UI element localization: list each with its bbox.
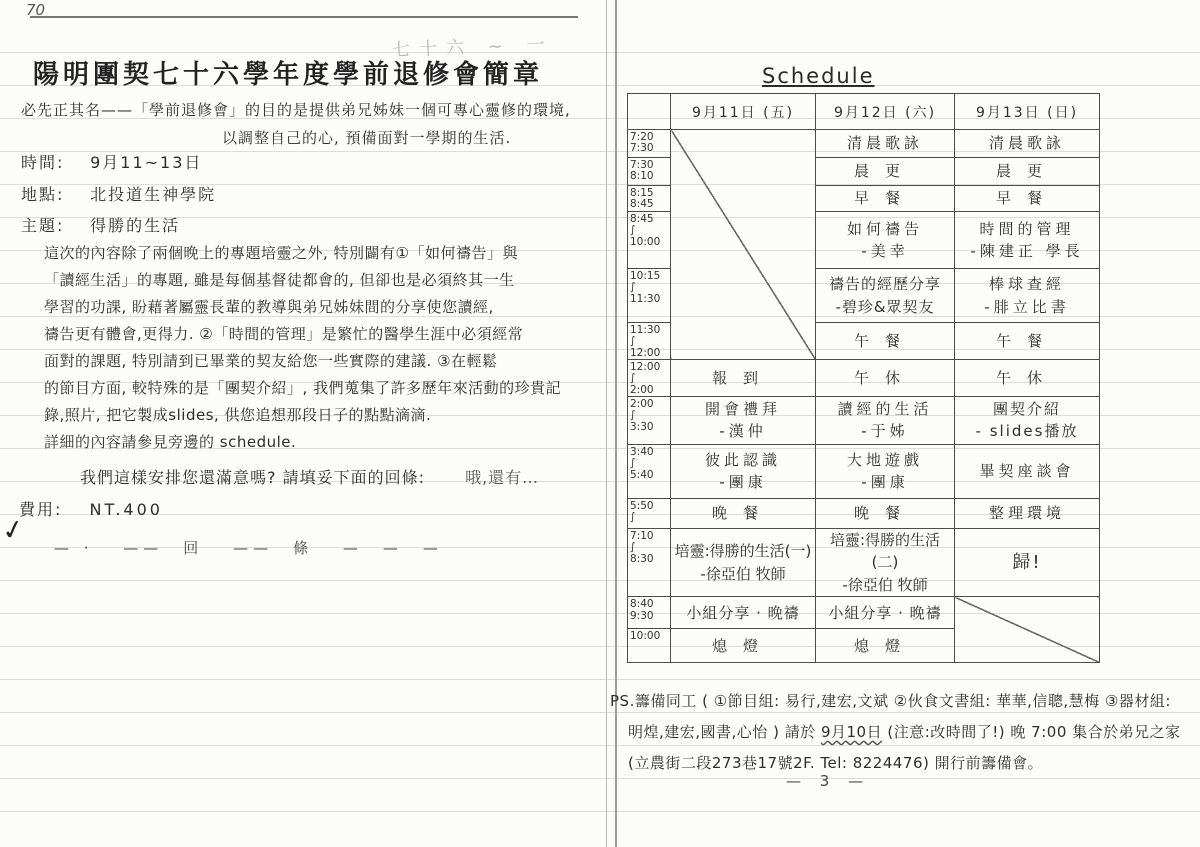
document-title: 陽明團契七十六學年度學前退修會簡章 xyxy=(33,54,543,91)
field-topic-label: 主題: xyxy=(21,213,83,236)
page-gutter-line xyxy=(606,0,607,847)
header-day2: 9月12日 (六) xyxy=(816,94,955,130)
field-topic: 主題: 得勝的生活 xyxy=(21,213,180,236)
time-cell: 8:40 9:30 xyxy=(628,597,671,629)
event-cell: 棒球查經 -腓立比書 xyxy=(955,269,1100,323)
event-cell: 畢契座談會 xyxy=(955,444,1100,498)
event-cell: 大地遊戲 -團康 xyxy=(816,444,955,498)
event-cell: 團契介紹 - slides播放 xyxy=(955,396,1100,444)
event-cell: 午餐 xyxy=(955,323,1100,360)
header-day3: 9月13日 (日) xyxy=(955,94,1100,130)
table-row: 8:40 9:30 小組分享 · 晚禱 小組分享 · 晚禱 xyxy=(628,597,1100,629)
table-row: 7:20 7:30 清晨歌詠 清晨歌詠 xyxy=(628,130,1100,158)
scan-top-edge-line xyxy=(30,16,578,18)
time-cell: 8:15 8:45 xyxy=(628,186,671,212)
ps-line-2-end: (注意:改時間了!) 晚 7:00 集合於弟兄之家 xyxy=(882,723,1181,741)
event-cell: 晚餐 xyxy=(816,498,955,528)
time-cell: 5:50 ∫ xyxy=(628,498,671,528)
time-cell: 3:40 ∫ 5:40 xyxy=(628,444,671,498)
reply-slip-cut-line: — · —— 回 —— 條 — — — xyxy=(54,537,599,558)
question-line: 我們這樣安排您還滿意嗎? 請填妥下面的回條: 哦,還有… xyxy=(80,465,539,488)
empty-diagonal-cell xyxy=(955,597,1100,663)
event-cell: 開會禮拜 -漢仲 xyxy=(671,396,816,444)
header-time-cell xyxy=(628,94,671,130)
time-cell: 10:00 xyxy=(628,629,671,663)
event-cell: 時間的管理 -陳建正 學長 xyxy=(955,212,1100,269)
event-cell: 培靈:得勝的生活(二) -徐亞伯 牧師 xyxy=(816,528,955,597)
time-cell: 12:00 ∫ 2:00 xyxy=(628,359,671,396)
field-place-value: 北投道生神學院 xyxy=(90,185,216,204)
table-row: 5:50 ∫ 晚餐 晚餐 整理環境 xyxy=(628,498,1100,528)
event-cell: 如何禱告 -美幸 xyxy=(816,212,955,269)
event-cell: 禱告的經歷分享 -碧珍&眾契友 xyxy=(816,269,955,323)
table-row: 7:10 ∫ 8:30 培靈:得勝的生活(一) -徐亞伯 牧師 培靈:得勝的生活… xyxy=(628,528,1100,597)
schedule-table: 9月11日 (五) 9月12日 (六) 9月13日 (日) 7:20 7:30 … xyxy=(627,93,1100,663)
ps-line-2-start: 明煌,建宏,國書,心怡 ) 請於 xyxy=(628,723,821,741)
field-topic-value: 得勝的生活 xyxy=(90,216,180,235)
body-paragraph: 這次的內容除了兩個晚上的專題培靈之外, 特別闢有①「如何禱告」與 「讀經生活」的… xyxy=(44,240,600,456)
event-cell: 清晨歌詠 xyxy=(955,130,1100,158)
question-text: 我們這樣安排您還滿意嗎? 請填妥下面的回條: xyxy=(80,468,425,487)
ps-date-underlined: 9月10日 xyxy=(821,723,882,741)
ps-line-1: PS.籌備同工 ( ①節目組: 易行,建宏,文斌 ②伙食文書組: 華華,信聰,慧… xyxy=(610,686,1198,717)
table-row: 3:40 ∫ 5:40 彼此認識 -團康 大地遊戲 -團康 畢契座談會 xyxy=(628,444,1100,498)
event-cell: 讀經的生活 -于姊 xyxy=(816,396,955,444)
empty-diagonal-cell xyxy=(671,130,816,360)
ps-line-3: (立農街二段273巷17號2F. Tel: 8224476) 開行前籌備會。 xyxy=(628,748,1198,779)
schedule-title: Schedule xyxy=(762,64,875,88)
table-row: 12:00 ∫ 2:00 報到 午休 午休 xyxy=(628,359,1100,396)
page-number: — 3 — xyxy=(786,772,870,790)
field-time: 時間: 9月11~13日 xyxy=(21,150,202,173)
event-cell: 整理環境 xyxy=(955,498,1100,528)
ps-note: PS.籌備同工 ( ①節目組: 易行,建宏,文斌 ②伙食文書組: 華華,信聰,慧… xyxy=(610,686,1198,779)
field-time-value: 9月11~13日 xyxy=(90,153,202,172)
event-cell: 晨更 xyxy=(816,158,955,186)
event-cell: 早餐 xyxy=(955,186,1100,212)
event-cell: 小組分享 · 晚禱 xyxy=(671,597,816,629)
ps-line-2: 明煌,建宏,國書,心怡 ) 請於 9月10日 (注意:改時間了!) 晚 7:00… xyxy=(628,717,1198,748)
event-cell: 早餐 xyxy=(816,186,955,212)
event-cell: 熄燈 xyxy=(671,629,816,663)
time-cell: 7:30 8:10 xyxy=(628,158,671,186)
event-cell: 午休 xyxy=(816,359,955,396)
field-place-label: 地點: xyxy=(21,182,83,205)
event-cell: 歸! xyxy=(955,528,1100,597)
header-day1: 9月11日 (五) xyxy=(671,94,816,130)
event-cell: 培靈:得勝的生活(一) -徐亞伯 牧師 xyxy=(671,528,816,597)
event-cell: 彼此認識 -團康 xyxy=(671,444,816,498)
aside-text: 哦,還有… xyxy=(465,468,539,487)
time-cell: 10:15 ∫ 11:30 xyxy=(628,269,671,323)
field-time-label: 時間: xyxy=(21,150,83,173)
fee-line: 費用: NT.400 xyxy=(19,497,163,520)
field-place: 地點: 北投道生神學院 xyxy=(21,182,216,205)
event-cell: 晨更 xyxy=(955,158,1100,186)
event-cell: 清晨歌詠 xyxy=(816,130,955,158)
event-cell: 熄燈 xyxy=(816,629,955,663)
schedule-header-row: 9月11日 (五) 9月12日 (六) 9月13日 (日) xyxy=(628,94,1100,130)
scanned-document: 70 七十六 ~ 一 陽明團契七十六學年度學前退修會簡章 必先正其名——「學前退… xyxy=(0,0,1200,847)
fee-label: 費用: xyxy=(19,500,62,519)
intro-line-1: 必先正其名——「學前退修會」的目的是提供弟兄姊妹一個可專心靈修的環境, xyxy=(21,99,571,120)
fee-value: NT.400 xyxy=(90,500,163,519)
event-cell: 午餐 xyxy=(816,323,955,360)
intro-line-2: 以調整自己的心, 預備面對一學期的生活. xyxy=(222,127,511,148)
event-cell: 晚餐 xyxy=(671,498,816,528)
table-row: 2:00 ∫ 3:30 開會禮拜 -漢仲 讀經的生活 -于姊 團契介紹 - sl… xyxy=(628,396,1100,444)
event-cell: 小組分享 · 晚禱 xyxy=(816,597,955,629)
time-cell: 7:10 ∫ 8:30 xyxy=(628,528,671,597)
time-cell: 7:20 7:30 xyxy=(628,130,671,158)
event-cell: 午休 xyxy=(955,359,1100,396)
event-cell: 報到 xyxy=(671,359,816,396)
time-cell: 2:00 ∫ 3:30 xyxy=(628,396,671,444)
time-cell: 8:45 ∫ 10:00 xyxy=(628,212,671,269)
time-cell: 11:30 ∫ 12:00 xyxy=(628,323,671,360)
